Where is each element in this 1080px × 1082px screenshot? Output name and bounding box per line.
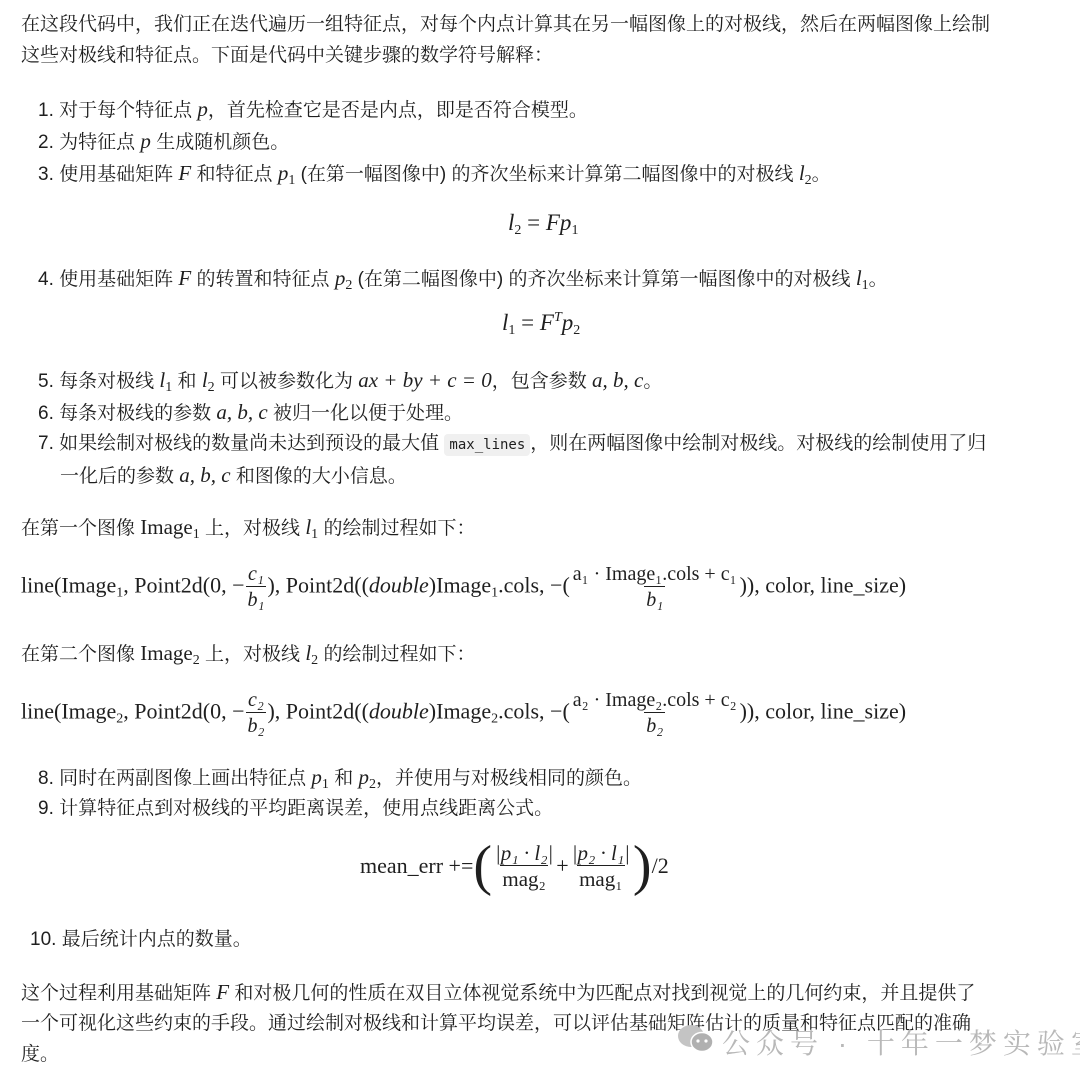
formula-image2: line(Image2, Point2d(0, −c₂b₂), Point2d(… <box>21 688 906 739</box>
intro-line-1: 在这段代码中，我们正在迭代遍历一组特征点，对每个内点计算其在另一幅图像上的对极线… <box>21 10 990 40</box>
watermark: 公众号 · 十年一梦实验室 <box>676 1022 1080 1062</box>
watermark-text: 公众号 · 十年一梦实验室 <box>722 1022 1080 1062</box>
list-item: 4. 使用基础矩阵 F 的转置和特征点 p2 (在第二幅图像中) 的齐次坐标来计… <box>38 263 888 301</box>
equation-l1: l1 = FTp2 <box>502 310 580 339</box>
list-item: 1. 对于每个特征点 p，首先检查它是否是内点，即是否符合模型。 <box>38 94 588 126</box>
intro-line-2: 这些对极线和特征点。下面是代码中关键步骤的数学符号解释： <box>21 41 553 71</box>
conclusion-line-1: 这个过程利用基础矩阵 F 和对极几何的性质在双目立体视觉系统中为匹配点对找到视觉… <box>21 977 975 1009</box>
list-item: 2. 为特征点 p 生成随机颜色。 <box>38 126 289 158</box>
equation-l2: l2 = Fp1 <box>508 210 578 239</box>
list-item: 3. 使用基础矩阵 F 和特征点 p1 (在第一幅图像中) 的齐次坐标来计算第二… <box>38 158 831 196</box>
list-item: 7. 如果绘制对极线的数量尚未达到预设的最大值 max_lines，则在两幅图像… <box>38 429 986 460</box>
code-max-lines: max_lines <box>444 434 530 456</box>
equation-mean-err: mean_err += ( |p₁ · l₂|mag₂ + |p₂ · l₁|m… <box>360 838 669 894</box>
image2-intro: 在第二个图像 Image2 上，对极线 l2 的绘制过程如下： <box>21 638 475 676</box>
list-item: 9. 计算特征点到对极线的平均距离误差，使用点线距离公式。 <box>38 794 553 824</box>
image1-intro: 在第一个图像 Image1 上，对极线 l1 的绘制过程如下： <box>21 512 475 550</box>
conclusion-line-3: 度。 <box>21 1040 59 1070</box>
list-item: 6. 每条对极线的参数 a, b, c 被归一化以便于处理。 <box>38 397 463 429</box>
list-item: 10. 最后统计内点的数量。 <box>30 925 252 955</box>
list-item-continuation: 一化后的参数 a, b, c 和图像的大小信息。 <box>60 460 407 492</box>
wechat-icon <box>676 1023 716 1062</box>
formula-image1: line(Image1, Point2d(0, −c₁b₁), Point2d(… <box>21 562 906 613</box>
